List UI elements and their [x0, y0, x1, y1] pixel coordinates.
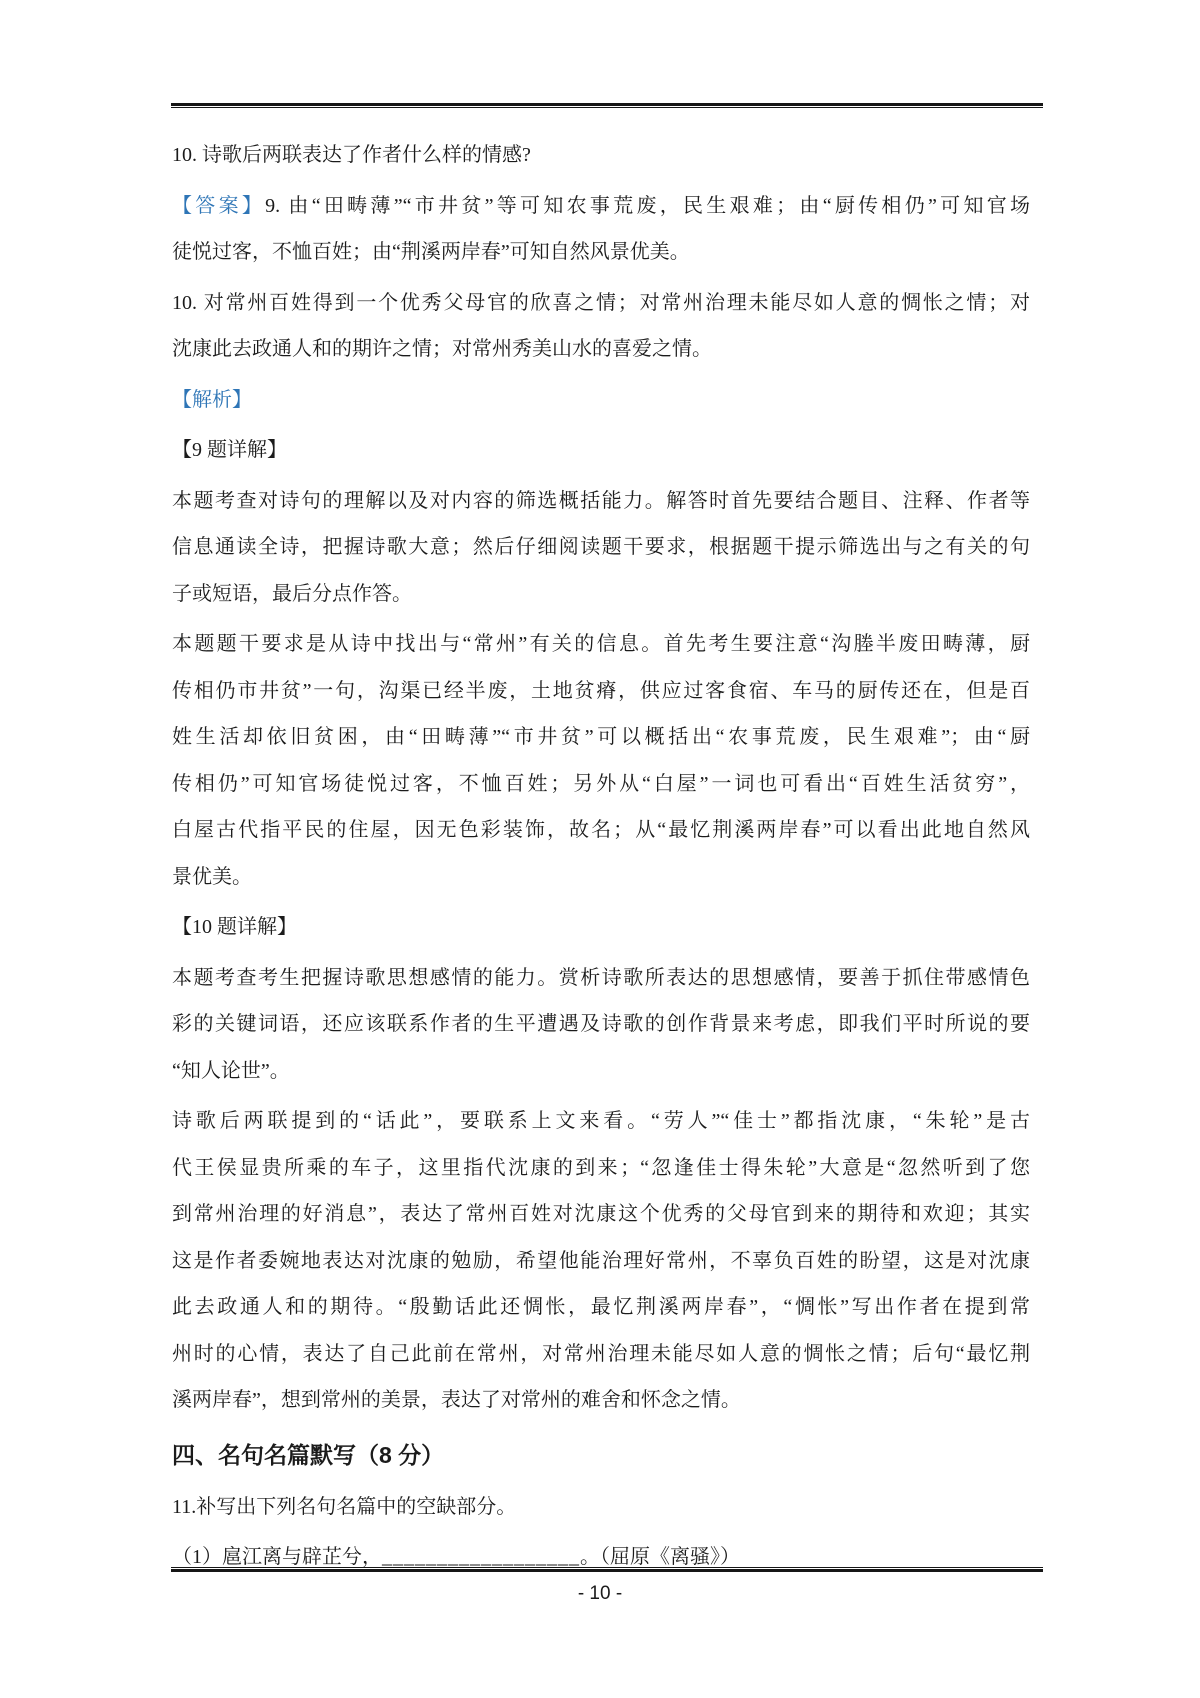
- text-run: 姓生活却依旧贫困，由“田畴薄”“市井贫”可以概括出“农事荒废，民生艰难”；由“厨: [172, 726, 1030, 748]
- text-run: 景优美。: [172, 866, 252, 888]
- document-body: 10. 诗歌后两联表达了作者什么样的情感?【答案】9. 由“田畴薄”“市井贫”等…: [172, 112, 1030, 1585]
- text-line: 代王侯显贵所乘的车子，这里指代沈康的到来；“忽逢佳士得朱轮”大意是“忽然听到了您: [172, 1145, 1030, 1192]
- text-line: 溪两岸春”，想到常州的美景，表达了对常州的难舍和怀念之情。: [172, 1377, 1030, 1424]
- paragraph: 本题考查考生把握诗歌思想感情的能力。赏析诗歌所表达的思想感情，要善于抓住带感情色…: [172, 955, 1030, 1095]
- text-line: 【答案】9. 由“田畴薄”“市井贫”等可知农事荒废，民生艰难；由“厨传相仍”可知…: [172, 183, 1030, 230]
- text-line: 此去政通人和的期待。“殷勤话此还惆怅，最忆荆溪两岸春”，“惆怅”写出作者在提到常: [172, 1284, 1030, 1331]
- text-run: 本题考查对诗句的理解以及对内容的筛选概括能力。解答时首先要结合题目、注释、作者等: [172, 490, 1030, 512]
- footer-rule-thick-line: [171, 1569, 1043, 1572]
- text-line: 这是作者委婉地表达对沈康的勉励，希望他能治理好常州，不辜负百姓的盼望，这是对沈康: [172, 1238, 1030, 1285]
- text-run: 传相仍”可知官场徒悦过客，不恤百姓；另外从“白屋”一词也可看出“百姓生活贫穷”，: [172, 773, 1030, 795]
- section-heading-text: 四、名句名篇默写（8 分）: [172, 1442, 444, 1468]
- text-run: 州时的心情，表达了自己此前在常州，对常州治理未能尽如人意的惆怅之情；后句“最忆荆: [172, 1343, 1030, 1365]
- paragraph: 诗歌后两联提到的“话此”，要联系上文来看。“劳人”“佳士”都指沈康，“朱轮”是古…: [172, 1098, 1030, 1424]
- paragraph: 11.补写出下列名句名篇中的空缺部分。: [172, 1484, 1030, 1531]
- paragraph: 10. 诗歌后两联表达了作者什么样的情感?: [172, 132, 1030, 179]
- header-rule: [171, 103, 1043, 108]
- text-line: 【解析】: [172, 377, 1030, 424]
- text-line: 本题考查对诗句的理解以及对内容的筛选概括能力。解答时首先要结合题目、注释、作者等: [172, 478, 1030, 525]
- text-line: 四、名句名篇默写（8 分）: [172, 1432, 1030, 1478]
- paragraph: 本题题干要求是从诗中找出与“常州”有关的信息。首先考生要注意“沟塍半废田畴薄，厨…: [172, 621, 1030, 900]
- exam-answer-page: 10. 诗歌后两联表达了作者什么样的情感?【答案】9. 由“田畴薄”“市井贫”等…: [0, 0, 1200, 1698]
- text-line: 本题题干要求是从诗中找出与“常州”有关的信息。首先考生要注意“沟塍半废田畴薄，厨: [172, 621, 1030, 668]
- paragraph: 【答案】9. 由“田畴薄”“市井贫”等可知农事荒废，民生艰难；由“厨传相仍”可知…: [172, 183, 1030, 276]
- text-run: 传相仍市井贫”一句，沟渠已经半废，土地贫瘠，供应过客食宿、车马的厨传还在，但是百: [172, 680, 1030, 702]
- text-run: 代王侯显贵所乘的车子，这里指代沈康的到来；“忽逢佳士得朱轮”大意是“忽然听到了您: [172, 1157, 1030, 1179]
- text-line: 白屋古代指平民的住屋，因无色彩装饰，故名；从“最忆荆溪两岸春”可以看出此地自然风: [172, 807, 1030, 854]
- header-rule-thin-line: [171, 107, 1043, 108]
- text-line: 传相仍市井贫”一句，沟渠已经半废，土地贫瘠，供应过客食宿、车马的厨传还在，但是百: [172, 668, 1030, 715]
- paragraph: 10. 对常州百姓得到一个优秀父母官的欣喜之情；对常州治理未能尽如人意的惆怅之情…: [172, 280, 1030, 373]
- text-run: 溪两岸春”，想到常州的美景，表达了对常州的难舍和怀念之情。: [172, 1389, 741, 1411]
- answer-label: 【答案】: [172, 195, 265, 217]
- text-line: 诗歌后两联提到的“话此”，要联系上文来看。“劳人”“佳士”都指沈康，“朱轮”是古: [172, 1098, 1030, 1145]
- text-line: “知人论世”。: [172, 1048, 1030, 1095]
- section-heading: 四、名句名篇默写（8 分）: [172, 1432, 1030, 1478]
- paragraph: 本题考查对诗句的理解以及对内容的筛选概括能力。解答时首先要结合题目、注释、作者等…: [172, 478, 1030, 618]
- text-line: 信息通读全诗，把握诗歌大意；然后仔细阅读题干要求，根据题干提示筛选出与之有关的句: [172, 524, 1030, 571]
- text-line: 沈康此去政通人和的期许之情；对常州秀美山水的喜爱之情。: [172, 326, 1030, 373]
- paragraph: 【解析】: [172, 377, 1030, 424]
- paragraph: （1）扈江离与辟芷兮，__________________。（屈原《离骚》）: [172, 1534, 1030, 1581]
- analysis-label: 【解析】: [172, 389, 252, 411]
- text-line: 传相仍”可知官场徒悦过客，不恤百姓；另外从“白屋”一词也可看出“百姓生活贫穷”，: [172, 761, 1030, 808]
- text-run: 沈康此去政通人和的期许之情；对常州秀美山水的喜爱之情。: [172, 338, 712, 360]
- page-number: - 10 -: [578, 1583, 622, 1604]
- answer-blank: __________________: [382, 1546, 580, 1568]
- text-line: 11.补写出下列名句名篇中的空缺部分。: [172, 1484, 1030, 1531]
- text-run: 这是作者委婉地表达对沈康的勉励，希望他能治理好常州，不辜负百姓的盼望，这是对沈康: [172, 1250, 1030, 1272]
- text-line: （1）扈江离与辟芷兮，__________________。（屈原《离骚》）: [172, 1534, 1030, 1581]
- text-line: 【10 题详解】: [172, 904, 1030, 951]
- text-run: 10. 诗歌后两联表达了作者什么样的情感?: [172, 144, 531, 166]
- text-line: 州时的心情，表达了自己此前在常州，对常州治理未能尽如人意的惆怅之情；后句“最忆荆: [172, 1331, 1030, 1378]
- page-footer: - 10 -: [0, 1583, 1200, 1605]
- text-run: 信息通读全诗，把握诗歌大意；然后仔细阅读题干要求，根据题干提示筛选出与之有关的句: [172, 536, 1030, 558]
- text-run: 本题考查考生把握诗歌思想感情的能力。赏析诗歌所表达的思想感情，要善于抓住带感情色: [172, 967, 1030, 989]
- text-run: （1）扈江离与辟芷兮，: [172, 1546, 382, 1568]
- text-run: 本题题干要求是从诗中找出与“常州”有关的信息。首先考生要注意“沟塍半废田畴薄，厨: [172, 633, 1030, 655]
- text-line: 彩的关键词语，还应该联系作者的生平遭遇及诗歌的创作背景来考虑，即我们平时所说的要: [172, 1001, 1030, 1048]
- text-run: 徒悦过客，不恤百姓；由“荆溪两岸春”可知自然风景优美。: [172, 241, 690, 263]
- text-run: “知人论世”。: [172, 1060, 290, 1082]
- text-line: 10. 对常州百姓得到一个优秀父母官的欣喜之情；对常州治理未能尽如人意的惆怅之情…: [172, 280, 1030, 327]
- text-run: 此去政通人和的期待。“殷勤话此还惆怅，最忆荆溪两岸春”，“惆怅”写出作者在提到常: [172, 1296, 1030, 1318]
- text-run: 白屋古代指平民的住屋，因无色彩装饰，故名；从“最忆荆溪两岸春”可以看出此地自然风: [172, 819, 1030, 841]
- text-line: 本题考查考生把握诗歌思想感情的能力。赏析诗歌所表达的思想感情，要善于抓住带感情色: [172, 955, 1030, 1002]
- text-line: 10. 诗歌后两联表达了作者什么样的情感?: [172, 132, 1030, 179]
- text-run: 子或短语，最后分点作答。: [172, 583, 412, 605]
- text-run: 彩的关键词语，还应该联系作者的生平遭遇及诗歌的创作背景来考虑，即我们平时所说的要: [172, 1013, 1030, 1035]
- text-run: 11.补写出下列名句名篇中的空缺部分。: [172, 1496, 516, 1518]
- text-line: 徒悦过客，不恤百姓；由“荆溪两岸春”可知自然风景优美。: [172, 229, 1030, 276]
- text-run: 9. 由“田畴薄”“市井贫”等可知农事荒废，民生艰难；由“厨传相仍”可知官场: [265, 195, 1030, 217]
- footer-rule: [171, 1567, 1043, 1572]
- text-run: 【9 题详解】: [172, 439, 287, 461]
- text-run: 【10 题详解】: [172, 916, 297, 938]
- text-line: 【9 题详解】: [172, 427, 1030, 474]
- paragraph: 【10 题详解】: [172, 904, 1030, 951]
- text-run: 到常州治理的好消息”，表达了常州百姓对沈康这个优秀的父母官到来的期待和欢迎；其实: [172, 1203, 1030, 1225]
- text-run: 。（屈原《离骚》）: [580, 1546, 740, 1568]
- paragraph: 【9 题详解】: [172, 427, 1030, 474]
- text-line: 姓生活却依旧贫困，由“田畴薄”“市井贫”可以概括出“农事荒废，民生艰难”；由“厨: [172, 714, 1030, 761]
- text-run: 10. 对常州百姓得到一个优秀父母官的欣喜之情；对常州治理未能尽如人意的惆怅之情…: [172, 292, 1030, 314]
- text-line: 到常州治理的好消息”，表达了常州百姓对沈康这个优秀的父母官到来的期待和欢迎；其实: [172, 1191, 1030, 1238]
- text-line: 景优美。: [172, 854, 1030, 901]
- text-line: 子或短语，最后分点作答。: [172, 571, 1030, 618]
- text-run: 诗歌后两联提到的“话此”，要联系上文来看。“劳人”“佳士”都指沈康，“朱轮”是古: [172, 1110, 1030, 1132]
